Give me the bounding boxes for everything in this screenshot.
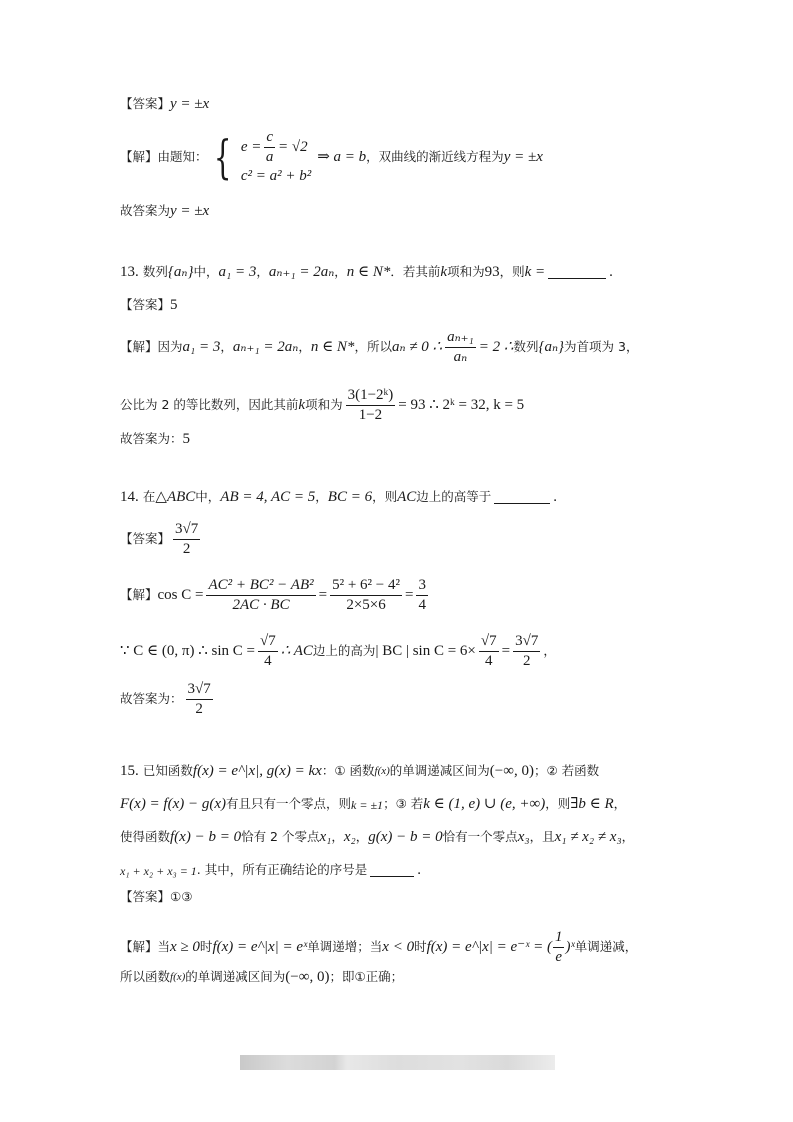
q13-final: 5 (183, 432, 191, 447)
system-eq1-rhs: = √2 (278, 140, 308, 155)
q15-text: ：① 函数 (322, 765, 375, 778)
q15-stem-line4: x₁ + x₂ + x₃ = 1 . 其中，所有正确结论的序号是 . (120, 863, 421, 878)
q15-stem-line1: 15. 已知函数 f(x) = e^|x|, g(x) = kx ：① 函数 f… (120, 764, 599, 779)
q13-sol-math: = 93 ∴ 2ᵏ = 32, k = 5 (398, 398, 524, 413)
q14-stem-text: 中， (195, 491, 220, 504)
q15-solution-line1: 【解】 当 x ≥ 0 时 f(x) = e^|x| = eˣ 单调递增；当 x… (120, 930, 637, 965)
answer-label: 【答案】 (120, 98, 170, 111)
solution-label: 【解】 (120, 941, 158, 954)
q15-sol-math: )ˣ (565, 940, 574, 955)
q13-stem-text: 中， (193, 266, 218, 279)
q13-sol-text: 公比为 2 的等比数列，因此其前 (120, 399, 298, 412)
fraction-cos-values: 5² + 6² − 4² 2×5×6 (330, 578, 402, 613)
q15-text: 恰有一个零点 (443, 831, 518, 844)
answer-blank (370, 864, 414, 877)
equation-system: e = c a = √2 c² = a² + b² (241, 130, 311, 184)
q13-number: 13. (120, 265, 139, 280)
q15-math: F(x) = f(x) − g(x) (120, 797, 226, 812)
so-answer-label: 故答案为： (120, 433, 183, 446)
so-answer-label: 故答案为 (120, 205, 170, 218)
q15-math: f(x) = e^|x|, g(x) = kx (193, 764, 322, 779)
q15-text: ，且 (530, 831, 555, 844)
q15-sol-text: 单调递增；当 (307, 941, 382, 954)
q14-sin-math: | BC | sin C = 6× (375, 644, 475, 659)
solution-label: 【解】 (120, 589, 158, 602)
q15-math: x₁ (319, 830, 331, 845)
q15-sol-text: ；即①正确； (329, 971, 403, 984)
q15-math: k = ±1 (351, 799, 383, 811)
q13-stem: 13. 数列 {aₙ} 中， a₁ = 3， aₙ₊₁ = 2aₙ， n ∈ N… (120, 265, 613, 280)
q15-answer-line: 【答案】 ①③ (120, 891, 192, 904)
q14-math: AB = 4, AC = 5 (220, 490, 315, 505)
q14-cos-lhs: cos C = (158, 588, 204, 603)
q14-number: 14. (120, 490, 139, 505)
q15-text: ；③ 若 (383, 798, 423, 811)
comma: ， (543, 645, 556, 658)
answer-label: 【答案】 (120, 533, 170, 546)
q15-text: 有且只有一个零点，则 (226, 798, 351, 811)
q12-final: y = ±x (170, 204, 209, 219)
q13-final-line: 故答案为： 5 (120, 432, 190, 447)
answer-label: 【答案】 (120, 299, 170, 312)
q15-math: x₃ (518, 830, 530, 845)
q13-sol-text: 项和为 (305, 399, 343, 412)
so-answer-label: 故答案为： (120, 693, 183, 706)
q13-math: aₙ₊₁ = 2aₙ (269, 265, 334, 280)
q13-sol-math: n ∈ N* (311, 340, 355, 355)
q15-number: 15. (120, 764, 139, 779)
q13-sol-math: a₁ = 3 (183, 340, 221, 355)
q15-interval: (−∞, 0) (490, 764, 534, 779)
q12-solution-prefix: 由题知： (158, 151, 208, 164)
q13-k: k (298, 398, 305, 413)
q14-sin-line: ∵ C ∈ (0, π) ∴ sin C = √7 4 ∴ AC 边上的高为 |… (120, 634, 556, 669)
comma: ， (614, 798, 627, 811)
q14-sin-math: ∵ C ∈ (0, π) ∴ sin C = (120, 644, 255, 659)
q14-answer-fraction: 3√7 2 (173, 522, 200, 557)
comma: ， (622, 831, 635, 844)
q15-stem-line2: F(x) = f(x) − g(x) 有且只有一个零点，则 k = ±1 ；③ … (120, 797, 626, 812)
q15-math: ∃b ∈ R (570, 797, 613, 812)
q15-fx: f(x) (375, 766, 390, 777)
q14-stem-text: 边上的高等于 (416, 491, 491, 504)
q13-math: a₁ = 3 (219, 265, 257, 280)
q14-sin-math: ∴ AC (281, 644, 313, 659)
q14-triangle: △ABC (155, 490, 195, 505)
q15-math: g(x) − b = 0 (368, 830, 442, 845)
fraction-one-over-e: 1 e (553, 930, 565, 965)
q13-answer: 5 (170, 298, 178, 313)
q14-cos-line: 【解】 cos C = AC² + BC² − AB² 2AC · BC = 5… (120, 578, 431, 613)
fraction-ratio: aₙ₊₁ aₙ (445, 330, 476, 365)
q15-text: ，则 (545, 798, 570, 811)
q13-stem-text: 数列 (143, 266, 168, 279)
period: . (609, 265, 613, 280)
q15-sol-text: 时 (414, 941, 427, 954)
q13-93: 93 (485, 265, 500, 280)
q15-sol-math: x ≥ 0 (170, 940, 200, 955)
q14-stem-text: ，则 (372, 491, 397, 504)
q15-text: 使得函数 (120, 831, 170, 844)
q13-sol-math: aₙ₊₁ = 2aₙ (233, 340, 298, 355)
q14-final-line: 故答案为： 3√7 2 (120, 682, 216, 717)
q15-fx: f(x) (170, 972, 185, 983)
implies-expression: ⇒ a = b (317, 150, 366, 165)
answer-label: 【答案】 (120, 891, 170, 904)
q14-final-fraction: 3√7 2 (186, 682, 213, 717)
q13-sol-text: 因为 (158, 341, 183, 354)
q15-math: x₁ + x₂ + x₃ = 1 (120, 865, 197, 877)
q13-sol-math: = 2 ∴ (479, 340, 514, 355)
q12-conclusion-text: ，双曲线的渐近线方程为 (366, 151, 504, 164)
q15-stem-line3: 使得函数 f(x) − b = 0 恰有 2 个零点 x₁， x₂， g(x) … (120, 830, 634, 845)
q15-text: 恰有 2 个零点 (241, 831, 319, 844)
answer-blank (548, 266, 606, 279)
q15-math: f(x) − b = 0 (170, 830, 241, 845)
fraction-sum: 3(1−2ᵏ) 1−2 (346, 388, 396, 423)
q15-interval: (−∞, 0) (285, 970, 329, 985)
fraction-sin-2: √7 4 (479, 634, 499, 669)
q13-sequence: {aₙ} (168, 265, 194, 280)
q15-text: 已知函数 (143, 765, 193, 778)
fraction-cos-result: 3 4 (416, 578, 428, 613)
blurred-watermark (240, 1055, 555, 1070)
q13-sol-text: 为首项为 3， (564, 341, 638, 354)
q15-solution-line2: 所以函数 f(x) 的单调递减区间为 (−∞, 0) ；即①正确； (120, 970, 403, 985)
q12-conclusion-math: y = ±x (504, 150, 543, 165)
period: . (417, 863, 421, 878)
q14-answer-line: 【答案】 3√7 2 (120, 522, 203, 557)
q15-math: x₂ (344, 830, 356, 845)
q15-math: x₁ ≠ x₂ ≠ x₃ (555, 830, 622, 845)
q13-k: k (440, 265, 447, 280)
q13-answer-line: 【答案】 5 (120, 298, 178, 313)
q13-math: n ∈ N* (347, 265, 391, 280)
q15-sol-math: f(x) = e^|x| = eˣ (212, 940, 307, 955)
q14-stem: 14. 在 △ABC 中， AB = 4, AC = 5， BC = 6 ，则 … (120, 490, 557, 505)
q15-text: . 其中，所有正确结论的序号是 (197, 864, 367, 877)
q13-k-eq: k = (525, 265, 546, 280)
q13-sol-math: aₙ ≠ 0 ∴ (392, 340, 442, 355)
fraction-cos-law: AC² + BC² − AB² 2AC · BC (206, 578, 315, 613)
fraction-sin: √7 4 (258, 634, 278, 669)
solution-label: 【解】 (120, 151, 158, 164)
q13-sol-seq: {aₙ} (538, 340, 564, 355)
solution-label: 【解】 (120, 341, 158, 354)
q12-final-line: 故答案为 y = ±x (120, 204, 209, 219)
q13-stem-text: ．若其前 (390, 266, 440, 279)
left-brace: { (213, 139, 231, 176)
period: . (553, 490, 557, 505)
q14-ac: AC (397, 490, 416, 505)
q13-stem-text: 项和为 (447, 266, 485, 279)
q13-solution-line2: 公比为 2 的等比数列，因此其前 k 项和为 3(1−2ᵏ) 1−2 = 93 … (120, 388, 524, 423)
q12-answer: y = ±x (170, 97, 209, 112)
q15-sol-math: f(x) = e^|x| = e⁻ˣ = ( (427, 940, 552, 955)
q13-stem-text: ，则 (500, 266, 525, 279)
q14-stem-text: 在 (143, 491, 156, 504)
q15-text: 的单调递减区间为 (390, 765, 490, 778)
q15-answer: ①③ (170, 891, 192, 904)
q14-sin-text: 边上的高为 (313, 645, 376, 658)
system-eq1-lhs: e = (241, 140, 262, 155)
system-eq2: c² = a² + b² (241, 169, 311, 184)
q15-sol-text: 当 (158, 941, 171, 954)
q13-sol-text: ，所以 (354, 341, 392, 354)
q12-solution-line: 【解】 由题知： { e = c a = √2 c² = a² + b² ⇒ a… (120, 130, 543, 184)
q15-sol-text: 所以函数 (120, 971, 170, 984)
q14-math: BC = 6 (328, 490, 372, 505)
q13-sol-text: 数列 (513, 341, 538, 354)
answer-blank (494, 491, 550, 504)
q12-answer-line: 【答案】 y = ±x (120, 97, 209, 112)
q13-solution-line1: 【解】 因为 a₁ = 3， aₙ₊₁ = 2aₙ， n ∈ N* ，所以 aₙ… (120, 330, 638, 365)
q15-sol-text: 单调递减， (575, 941, 638, 954)
fraction-height: 3√7 2 (513, 634, 540, 669)
q15-sol-text: 的单调递减区间为 (185, 971, 285, 984)
q15-text: ；② 若函数 (534, 765, 599, 778)
fraction-c-over-a: c a (264, 130, 275, 165)
q15-math: k ∈ (1, e) ∪ (e, +∞) (423, 797, 545, 812)
q15-sol-math: x < 0 (382, 940, 414, 955)
q15-sol-text: 时 (200, 941, 213, 954)
